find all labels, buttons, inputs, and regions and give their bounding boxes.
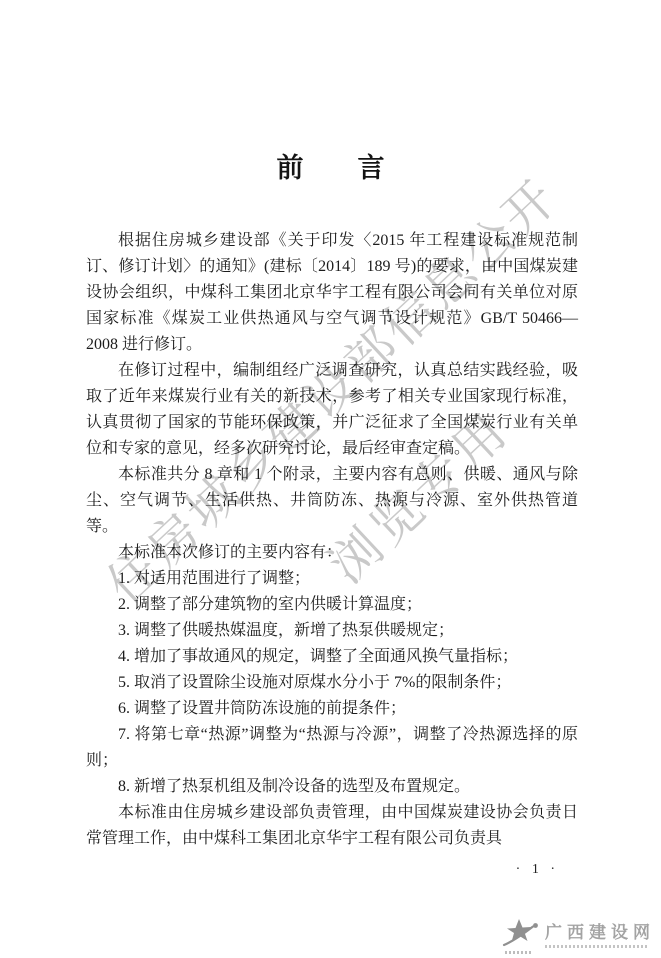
- logo-mark-caption: [505, 951, 532, 954]
- list-item-8: 8. 新增了热泵机组及制冷设备的选型及布置规定。: [86, 774, 578, 800]
- page-number: · 1 ·: [516, 862, 559, 878]
- document-body: 根据住房城乡建设部《关于印发〈2015 年工程建设标准规范制订、修订计划〉的通知…: [86, 228, 578, 852]
- logo-tagline: [545, 945, 649, 948]
- paragraph-structure: 本标准共分 8 章和 1 个附录，主要内容有总则、供暖、通风与除尘、空气调节、生…: [86, 462, 578, 540]
- paragraph-intro: 根据住房城乡建设部《关于印发〈2015 年工程建设标准规范制订、修订计划〉的通知…: [86, 228, 578, 358]
- list-item-5: 5. 取消了设置除尘设施对原煤水分小于 7%的限制条件；: [86, 670, 578, 696]
- star-swoosh-icon: [502, 918, 540, 954]
- list-item-7: 7. 将第七章“热源”调整为“热源与冷源”，调整了冷热源选择的原则；: [86, 722, 578, 774]
- list-item-3: 3. 调整了供暖热媒温度，新增了热泵供暖规定；: [86, 618, 578, 644]
- paragraph-revision-process: 在修订过程中，编制组经广泛调查研究，认真总结实践经验，吸取了近年来煤炭行业有关的…: [86, 358, 578, 462]
- paragraph-list-heading: 本标准本次修订的主要内容有：: [86, 540, 578, 566]
- document-page: 住房城乡建设部信息公开 浏览专用 前 言 根据住房城乡建设部《关于印发〈2015…: [0, 0, 661, 958]
- list-item-1: 1. 对适用范围进行了调整；: [86, 566, 578, 592]
- page-title: 前 言: [0, 146, 661, 185]
- list-item-2: 2. 调整了部分建筑物的室内供暖计算温度；: [86, 592, 578, 618]
- site-logo: 广西建设网: [502, 918, 655, 954]
- list-item-4: 4. 增加了事故通风的规定，调整了全面通风换气量指标；: [86, 644, 578, 670]
- paragraph-management: 本标准由住房城乡建设部负责管理，由中国煤炭建设协会负责日常管理工作，由中煤科工集…: [86, 800, 578, 852]
- logo-site-name: 广西建设网: [545, 924, 655, 942]
- logo-text-column: 广西建设网: [545, 918, 655, 948]
- list-item-6: 6. 调整了设置井筒防冻设施的前提条件；: [86, 696, 578, 722]
